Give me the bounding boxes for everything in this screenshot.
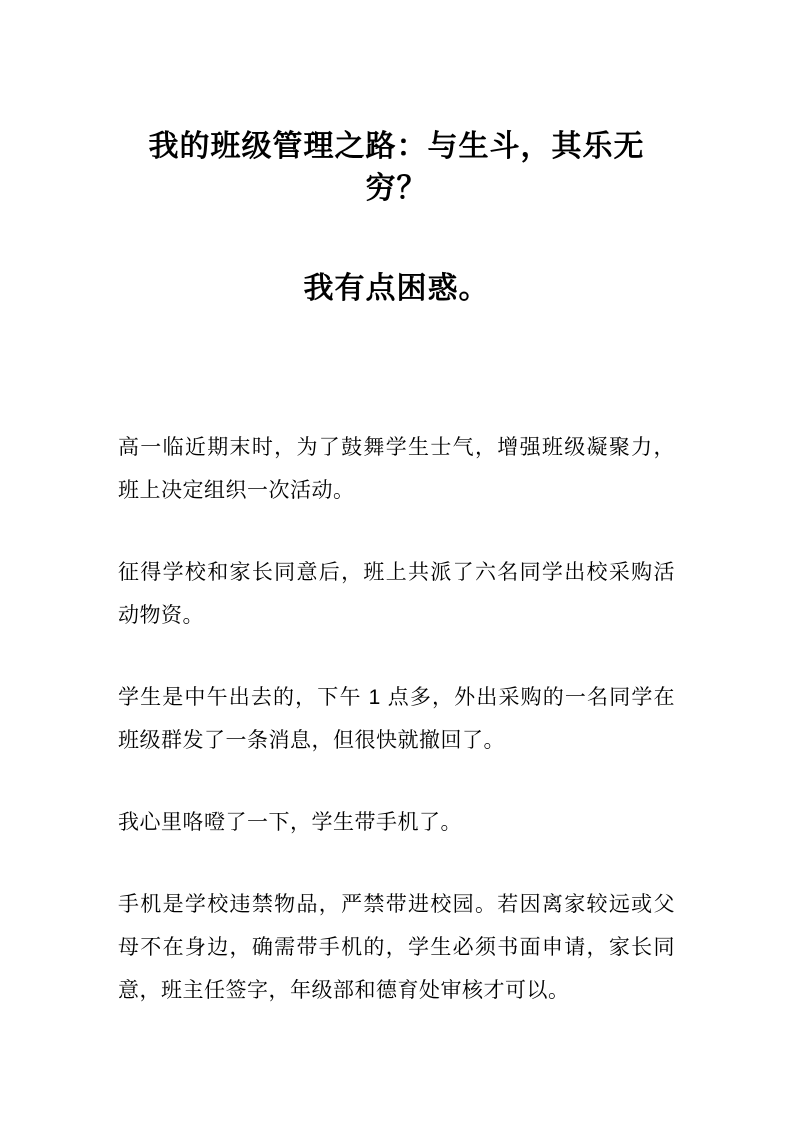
paragraph: 学生是中午出去的，下午 1 点多，外出采购的一名同学在班级群发了一条消息，但很快…: [118, 676, 675, 762]
paragraph: 我心里咯噔了一下，学生带手机了。: [118, 801, 675, 844]
document-title-line-1: 我的班级管理之路：与生斗，其乐无穷？: [118, 0, 675, 210]
document-title-line-2: 我有点困惑。: [118, 268, 675, 310]
paragraph: 手机是学校违禁物品，严禁带进校园。若因离家较远或父母不在身边，确需带手机的，学生…: [118, 883, 675, 1012]
paragraph: 高一临近期末时，为了鼓舞学生士气，增强班级凝聚力，班上决定组织一次活动。: [118, 426, 675, 512]
paragraph: 征得学校和家长同意后，班上共派了六名同学出校采购活动物资。: [118, 551, 675, 637]
document-page: 我的班级管理之路：与生斗，其乐无穷？ 我有点困惑。 高一临近期末时，为了鼓舞学生…: [0, 0, 793, 1122]
document-content: 我的班级管理之路：与生斗，其乐无穷？ 我有点困惑。 高一临近期末时，为了鼓舞学生…: [0, 0, 793, 1012]
